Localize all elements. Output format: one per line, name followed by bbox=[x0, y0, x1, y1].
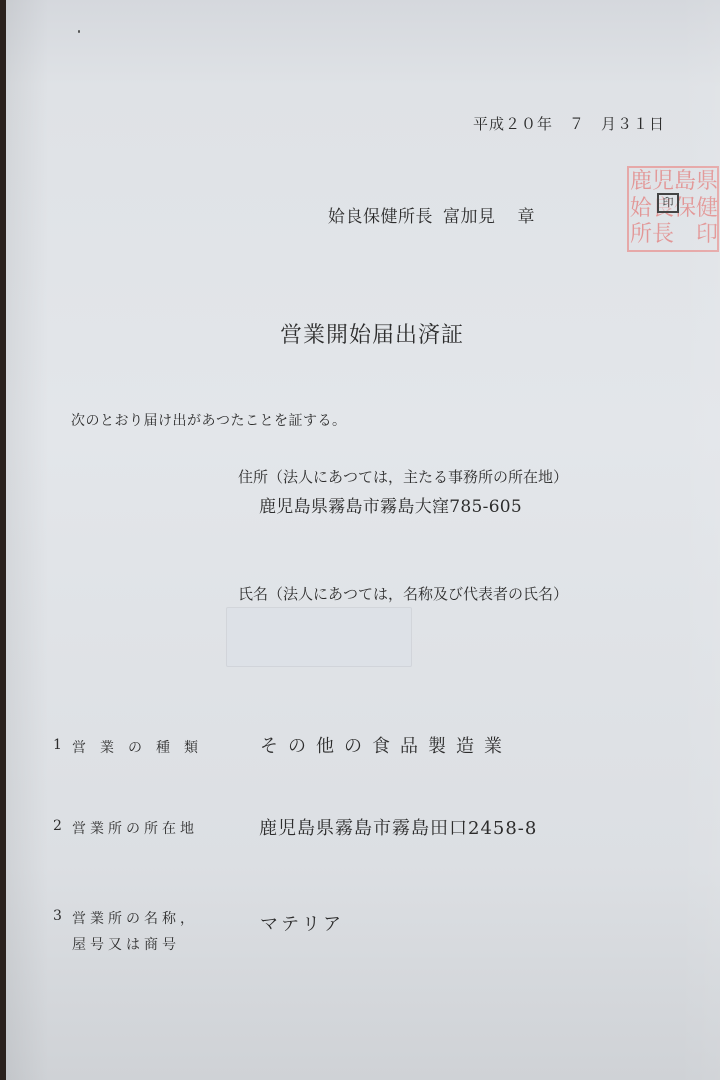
item-2-value: 鹿児島県霧島市霧島田口2458-8 bbox=[259, 814, 537, 840]
document-title: 営業開始届出済証 bbox=[280, 318, 464, 349]
name-label: 氏名（法人にあつては，名称及び代表者の氏名） bbox=[238, 583, 568, 604]
item-1-label: 営業の種類 bbox=[72, 737, 212, 757]
redacted-name-block bbox=[227, 608, 411, 666]
seal-stamp-mark-icon: 印 bbox=[657, 193, 679, 213]
item-2-number: 2 bbox=[53, 818, 62, 834]
item-1-value: その他の食品製造業 bbox=[260, 732, 512, 758]
issuer-given-name: 章 bbox=[518, 207, 536, 227]
item-3-label-line2: 屋号又は商号 bbox=[72, 934, 180, 954]
issuer-line: 姶良保健所長富加見章 bbox=[328, 202, 535, 227]
seal-char bbox=[674, 222, 696, 249]
seal-char: 児 bbox=[652, 169, 674, 196]
item-3-value: マテリア bbox=[260, 910, 344, 936]
item-3-number: 3 bbox=[53, 908, 62, 924]
issuer-office: 姶良保健所長 bbox=[328, 207, 433, 227]
seal-char: 健 bbox=[696, 196, 718, 223]
certification-statement: 次のとおり届け出があつたことを証する。 bbox=[71, 410, 347, 430]
address-value: 鹿児島県霧島市霧島大窪785-605 bbox=[259, 492, 522, 517]
paper-speck bbox=[78, 30, 80, 33]
seal-char: 長 bbox=[652, 222, 674, 249]
issuer-surname: 富加見 bbox=[443, 207, 496, 227]
seal-char: 印 bbox=[696, 222, 718, 249]
item-1-number: 1 bbox=[53, 737, 62, 753]
seal-char: 鹿 bbox=[630, 169, 652, 196]
seal-char: 姶 bbox=[630, 196, 652, 223]
item-3-label: 営業所の名称， bbox=[72, 908, 198, 928]
item-2-label: 営業所の所在地 bbox=[72, 818, 198, 838]
certificate-page: 平成２０年 ７ 月３１日 姶良保健所長富加見章 鹿 児 島 県 姶 良 保 健 … bbox=[6, 0, 720, 1080]
address-label: 住所（法人にあつては，主たる事務所の所在地） bbox=[238, 466, 568, 487]
seal-char: 島 bbox=[674, 169, 696, 196]
issue-date: 平成２０年 ７ 月３１日 bbox=[473, 113, 665, 134]
seal-char: 県 bbox=[696, 169, 718, 196]
seal-char: 所 bbox=[630, 222, 652, 249]
